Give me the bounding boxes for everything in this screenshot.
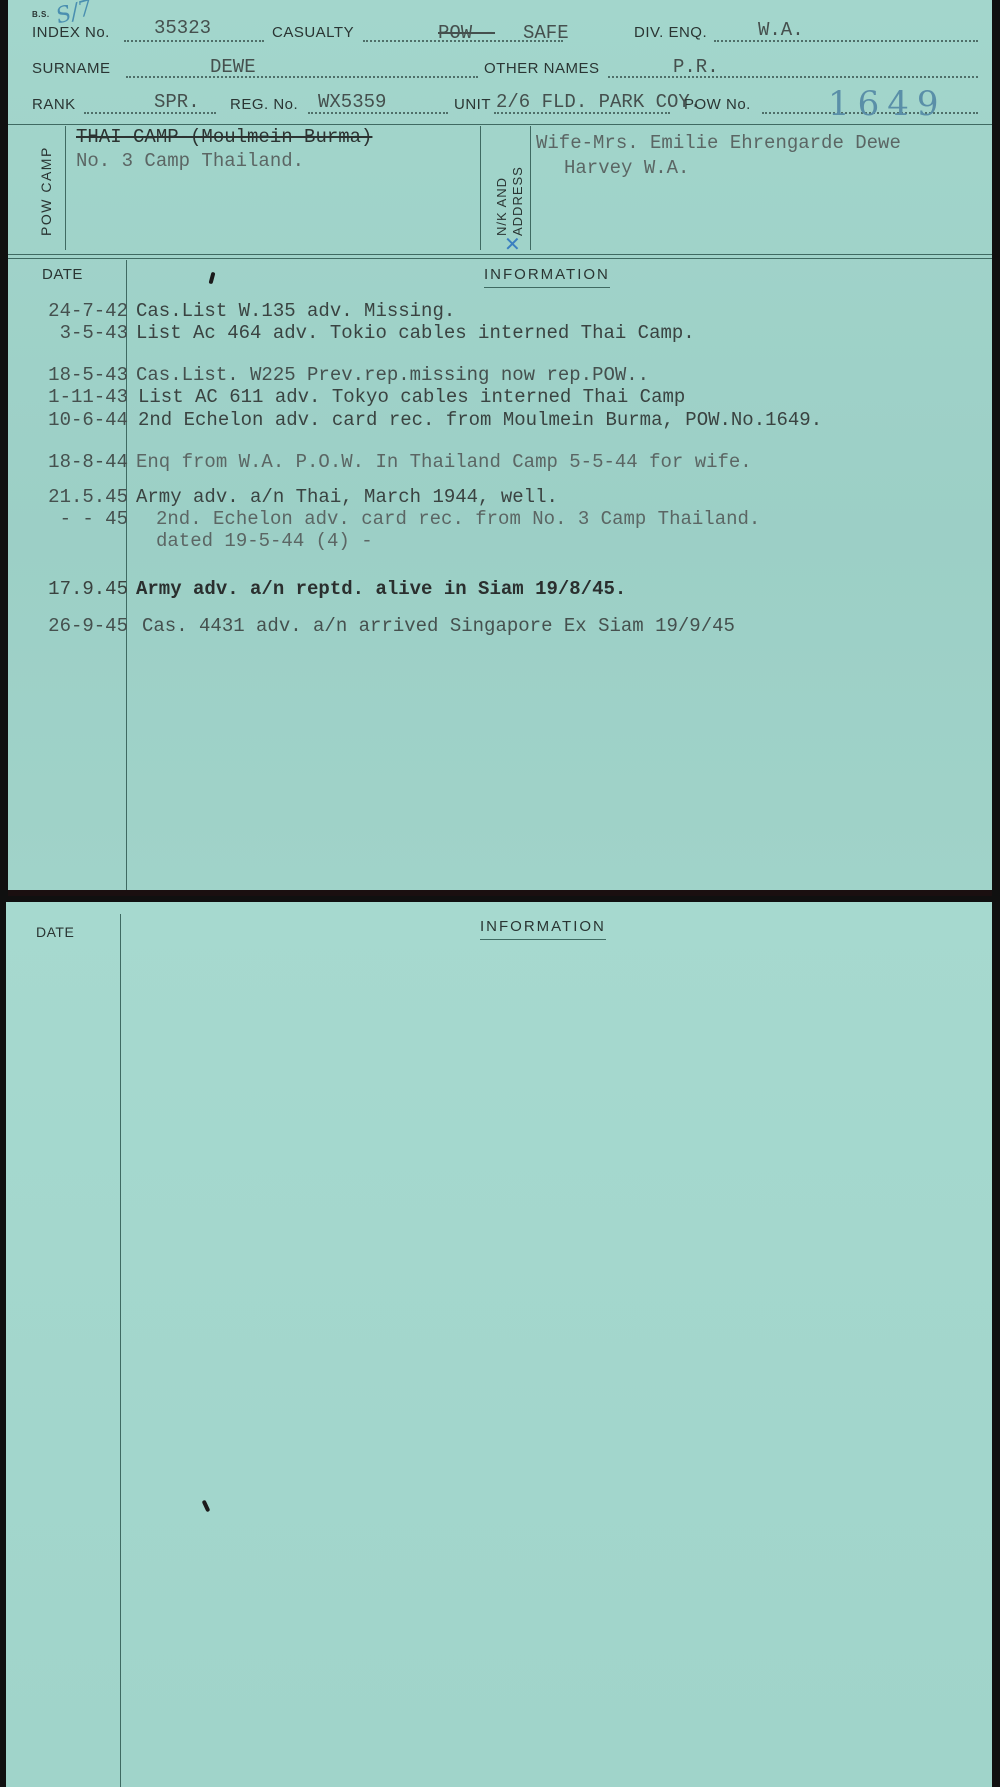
entry-date: 1-11-43 bbox=[48, 386, 128, 408]
surname-value: DEWE bbox=[210, 56, 256, 78]
ink-mark bbox=[202, 1500, 211, 1513]
entry-text: Cas.List. W225 Prev.rep.missing now rep.… bbox=[136, 364, 649, 386]
unit-value: 2/6 FLD. PARK COY. bbox=[496, 91, 701, 113]
entry-date: 18-8-44 bbox=[48, 451, 128, 473]
other-names-value: P.R. bbox=[673, 56, 719, 78]
reg-no-value: WX5359 bbox=[318, 91, 386, 113]
rank-value: SPR. bbox=[154, 91, 200, 113]
nk-line-2: Harvey W.A. bbox=[564, 157, 689, 179]
div-enq-value: W.A. bbox=[758, 19, 804, 41]
casualty-label: CASUALTY bbox=[272, 24, 354, 41]
information-header: INFORMATION bbox=[484, 266, 610, 288]
index-label: INDEX No. bbox=[32, 24, 110, 41]
entry-row: 18-8-44Enq from W.A. P.O.W. In Thailand … bbox=[8, 451, 992, 475]
entry-date: - - 45 bbox=[60, 508, 128, 530]
entry-date: 21.5.45 bbox=[48, 486, 128, 508]
entry-row: 10-6-442nd Echelon adv. card rec. from M… bbox=[8, 409, 992, 433]
entry-row: 3-5-43List Ac 464 adv. Tokio cables inte… bbox=[8, 322, 992, 346]
entry-row: dated 19-5-44 (4) - bbox=[8, 530, 992, 554]
nk-line-1: Wife-Mrs. Emilie Ehrengarde Dewe bbox=[536, 132, 901, 154]
entry-row: 17.9.45Army adv. a/n reptd. alive in Sia… bbox=[8, 578, 992, 602]
entry-text: List AC 611 adv. Tokyo cables interned T… bbox=[138, 386, 685, 408]
entry-text: 2nd Echelon adv. card rec. from Moulmein… bbox=[138, 409, 822, 431]
entry-date: 26-9-45 bbox=[48, 615, 128, 637]
entry-text: Army adv. a/n Thai, March 1944, well. bbox=[136, 486, 558, 508]
record-card-back: DATE INFORMATION bbox=[6, 902, 992, 1787]
entry-row: 26-9-45Cas. 4431 adv. a/n arrived Singap… bbox=[8, 615, 992, 639]
pow-no-label: POW No. bbox=[684, 96, 751, 113]
pow-camp-label: POW CAMP bbox=[38, 146, 54, 236]
div-enq-label: DIV. ENQ. bbox=[634, 24, 707, 41]
unit-label: UNIT bbox=[454, 96, 491, 113]
entry-text: Cas.List W.135 adv. Missing. bbox=[136, 300, 455, 322]
reg-no-label: REG. No. bbox=[230, 96, 298, 113]
casualty-value: SAFE bbox=[523, 22, 569, 44]
date-header: DATE bbox=[42, 266, 83, 283]
entry-row: 18-5-43Cas.List. W225 Prev.rep.missing n… bbox=[8, 364, 992, 388]
entry-row: 1-11-43List AC 611 adv. Tokyo cables int… bbox=[8, 386, 992, 410]
entry-text: 2nd. Echelon adv. card rec. from No. 3 C… bbox=[156, 508, 760, 530]
entry-date: 3-5-43 bbox=[60, 322, 128, 344]
entry-date: 17.9.45 bbox=[48, 578, 128, 600]
pow-camp-value: No. 3 Camp Thailand. bbox=[76, 150, 304, 172]
other-names-label: OTHER NAMES bbox=[484, 60, 600, 77]
corner-mark: B.S. bbox=[32, 10, 50, 19]
entry-row: 24-7-42Cas.List W.135 adv. Missing. bbox=[8, 300, 992, 324]
index-value: 35323 bbox=[154, 17, 211, 39]
rank-label: RANK bbox=[32, 96, 76, 113]
entry-text: dated 19-5-44 (4) - bbox=[156, 530, 373, 552]
entry-text: Enq from W.A. P.O.W. In Thailand Camp 5-… bbox=[136, 451, 752, 473]
entry-text: List Ac 464 adv. Tokio cables interned T… bbox=[136, 322, 695, 344]
entry-date: 24-7-42 bbox=[48, 300, 128, 322]
pow-no-value: 1649 bbox=[828, 84, 947, 124]
casualty-struck: POW - bbox=[438, 22, 495, 44]
pow-camp-struck: THAI-CAMP-(Moulmein-Burma) bbox=[76, 126, 372, 148]
nk-label-2: ADDRESS bbox=[510, 166, 525, 236]
surname-label: SURNAME bbox=[32, 60, 111, 77]
entry-text: Cas. 4431 adv. a/n arrived Singapore Ex … bbox=[142, 615, 735, 637]
entry-row: - - 452nd. Echelon adv. card rec. from N… bbox=[8, 508, 992, 532]
x-mark-icon: ✕ bbox=[504, 232, 521, 256]
back-date-header: DATE bbox=[36, 924, 74, 940]
ink-mark bbox=[209, 272, 216, 285]
entry-date: 10-6-44 bbox=[48, 409, 128, 431]
record-card-front: B.S. S/7 INDEX No. 35323 CASUALTY POW - … bbox=[8, 0, 992, 896]
entry-row: 21.5.45Army adv. a/n Thai, March 1944, w… bbox=[8, 486, 992, 510]
back-information-header: INFORMATION bbox=[480, 918, 606, 940]
entry-date: 18-5-43 bbox=[48, 364, 128, 386]
entry-text: Army adv. a/n reptd. alive in Siam 19/8/… bbox=[136, 578, 626, 600]
nk-label-1: N/K AND bbox=[494, 177, 509, 236]
